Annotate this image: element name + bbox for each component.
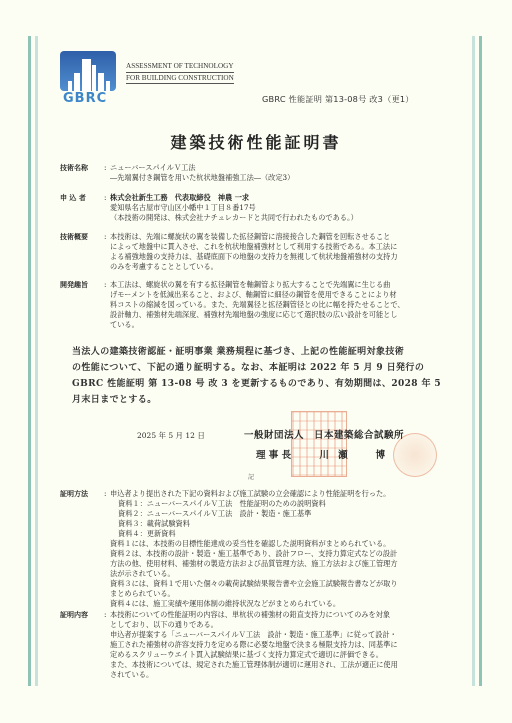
text-line: （本技術の開発は、株式会社ナチュレカードと共同で行われたものである。） [110, 213, 475, 223]
section-label: 技術名称 [60, 163, 104, 183]
section-label: 開発趣旨 [60, 280, 104, 330]
signatory-title: 理 事 長 [256, 447, 316, 461]
document-title: 建築技術性能証明書 [0, 130, 512, 153]
section-technology-name: 技術名称 : ニューバースパイルＶ工法 ―先端翼付き鋼管を用いた杭状地盤補強工法… [60, 163, 475, 183]
logo-caption-line1: ASSESSMENT OF TECHNOLOGY [126, 61, 234, 73]
logo-text: GBRC [63, 91, 107, 106]
section-content: ニューバースパイルＶ工法 ―先端翼付き鋼管を用いた杭状地盤補強工法―（改定3） [110, 163, 475, 183]
section-content: 申込者より提出された下記の資料および施工試験の立会確認により性能証明を行った。 … [110, 489, 475, 609]
text-line: のみを考慮することとしている。 [110, 262, 475, 272]
section-certification-content: 証明内容 : 本技術についての性能証明の内容は、単杭状の補強材の鉛直支持力につい… [60, 610, 475, 680]
text-line: 資料２は、本技術の設計・製造・施工基準であり、設計フロー、支持力算定式などの設計 [110, 549, 475, 559]
text-line: 法が示されている。 [110, 569, 475, 579]
text-line: ている。 [110, 320, 475, 330]
declaration-line: の性能について、下記の通り証明する。なお、本証明は 2022 年 5 月 9 日… [72, 360, 482, 376]
text-line: としており、以下の通りである。 [110, 620, 475, 630]
signatory: 理 事 長 川 瀬 博 [256, 447, 388, 461]
text-line: 本技術は、先端に螺旋状の翼を装備した拡径鋼管に溶接接合した鋼管を回転させること [110, 232, 475, 242]
text-line: ニューバースパイルＶ工法 [110, 163, 475, 173]
official-square-seal [291, 411, 347, 477]
certificate-number: GBRC 性能証明 第13-08号 改3（更1） [262, 94, 414, 105]
section-overview: 技術概要 : 本技術は、先端に螺旋状の翼を装備した拡径鋼管に溶接接合した鋼管を回… [60, 232, 475, 272]
section-label: 申 込 者 [60, 193, 104, 223]
text-line: 申込者が提案する「ニューバースパイルＶ工法 設計・製造・施工基準」に従って設計・ [110, 630, 475, 640]
section-content: 本技術についての性能証明の内容は、単杭状の補強材の鉛直支持力についてのみを対象 … [110, 610, 475, 680]
building-skyline-icon [60, 51, 116, 91]
section-content: 本技術は、先端に螺旋状の翼を装備した拡径鋼管に溶接接合した鋼管を回転させること … [110, 232, 475, 272]
material-item: 資料４：更新資料 [110, 529, 475, 539]
text-line: ―先端翼付き鋼管を用いた杭状地盤補強工法―（改定3） [110, 173, 475, 183]
text-line: まとめられている。 [110, 589, 475, 599]
declaration-line: 当法人の建築技術認証・証明事業 業務規程に基づき、上記の性能証明対象技術 [72, 344, 482, 360]
logo-caption: ASSESSMENT OF TECHNOLOGY FOR BUILDING CO… [126, 61, 234, 84]
section-applicant: 申 込 者 : 株式会社新生工務 代表取締役 神農 一求 愛知県名古屋市守山区小… [60, 193, 475, 223]
section-development-purpose: 開発趣旨 : 本工法は、螺旋状の翼を有する拡径鋼管を軸鋼管より拡大することで先端… [60, 280, 475, 330]
material-item: 資料３：載荷試験資料 [110, 519, 475, 529]
signatory-name: 川 瀬 博 [319, 447, 388, 461]
text-line: 本技術についての性能証明の内容は、単杭状の補強材の鉛直支持力についてのみを対象 [110, 610, 475, 620]
declaration-paragraph: 当法人の建築技術認証・証明事業 業務規程に基づき、上記の性能証明対象技術 の性能… [72, 344, 482, 408]
text-line: 本工法は、螺旋状の翼を有する拡径鋼管を軸鋼管より拡大することで先端翼に生じる曲 [110, 280, 475, 290]
text-line: 方法の他、使用材料、補強材の製造方法および品質管理方法、施工方法および施工管理方 [110, 559, 475, 569]
section-certification-method: 証明方法 : 申込者より提出された下記の資料および施工試験の立会確認により性能証… [60, 489, 475, 609]
text-line: 設計軸力、補強材先端深度、補強材先端地盤の強度に応じて選択肢の広い設計を可能とし [110, 310, 475, 320]
material-item: 資料１：ニューバースパイルＶ工法 性能証明のための説明資料 [110, 499, 475, 509]
section-label: 証明内容 [60, 610, 104, 680]
logo-caption-line2: FOR BUILDING CONSTRUCTION [126, 73, 234, 85]
gbrc-logo: GBRC [60, 51, 116, 105]
text-line: よる補強地盤の支持力は、基礎底面下の地盤の支持力を無視して杭状地盤補強材の支持力 [110, 252, 475, 262]
section-label: 技術概要 [60, 232, 104, 272]
text-line: 愛知県名古屋市守山区小幡中１丁目８番17号 [110, 203, 475, 213]
text-line: されている。 [110, 670, 475, 680]
text-line: 申込者より提出された下記の資料および施工試験の立会確認により性能証明を行った。 [110, 489, 475, 499]
text-line: げモーメントを低減出来ること、および、軸鋼管に細径の鋼管を使用できることにより材 [110, 290, 475, 300]
text-line: 資料１には、本技術の目標性能達成の妥当性を確認した説明資料がまとめられている。 [110, 539, 475, 549]
issuing-organization: 一般財団法人 日本建築総合試験所 [244, 427, 404, 441]
material-item: 資料２：ニューバースパイルＶ工法 設計・製造・施工基準 [110, 509, 475, 519]
text-line: また、本技術については、規定された施工管理体制が適切に運用され、工法が適正に使用 [110, 660, 475, 670]
text-line: 資料３には、資料１で用いた個々の載荷試験結果報告書や立会施工試験報告書などが取り [110, 579, 475, 589]
text-line: 定めるスクリューウエイト貫入試験結果に基づく支持力算定式で適切に評価できる。 [110, 650, 475, 660]
declaration-line: 月末日までとする。 [72, 392, 482, 408]
ki-mark: 記 [248, 472, 254, 481]
text-line: 施工された補強材の許容支持力を定める際に必要な地盤で決まる極限支持力は、同基準に [110, 640, 475, 650]
text-line: によって地盤中に貫入させ、これを杭状地盤補強材として利用する技術である。本工法に [110, 242, 475, 252]
section-content: 株式会社新生工務 代表取締役 神農 一求 愛知県名古屋市守山区小幡中１丁目８番1… [110, 193, 475, 223]
text-line: 株式会社新生工務 代表取締役 神農 一求 [110, 193, 475, 203]
section-label: 証明方法 [60, 489, 104, 609]
text-line: 料コストの縮減を図っている。また、先端翼径と拡径鋼管径との比に幅を持たせることで… [110, 300, 475, 310]
issue-date: 2025 年 5 月 12 日 [137, 430, 205, 441]
declaration-line: GBRC 性能証明 第 13-08 号 改 3 を更新するものであり、有効期間は… [72, 376, 482, 392]
section-content: 本工法は、螺旋状の翼を有する拡径鋼管を軸鋼管より拡大することで先端翼に生じる曲 … [110, 280, 475, 330]
text-line: 資料４には、施工実績や運用体制の維持状況などがまとめられている。 [110, 599, 475, 609]
